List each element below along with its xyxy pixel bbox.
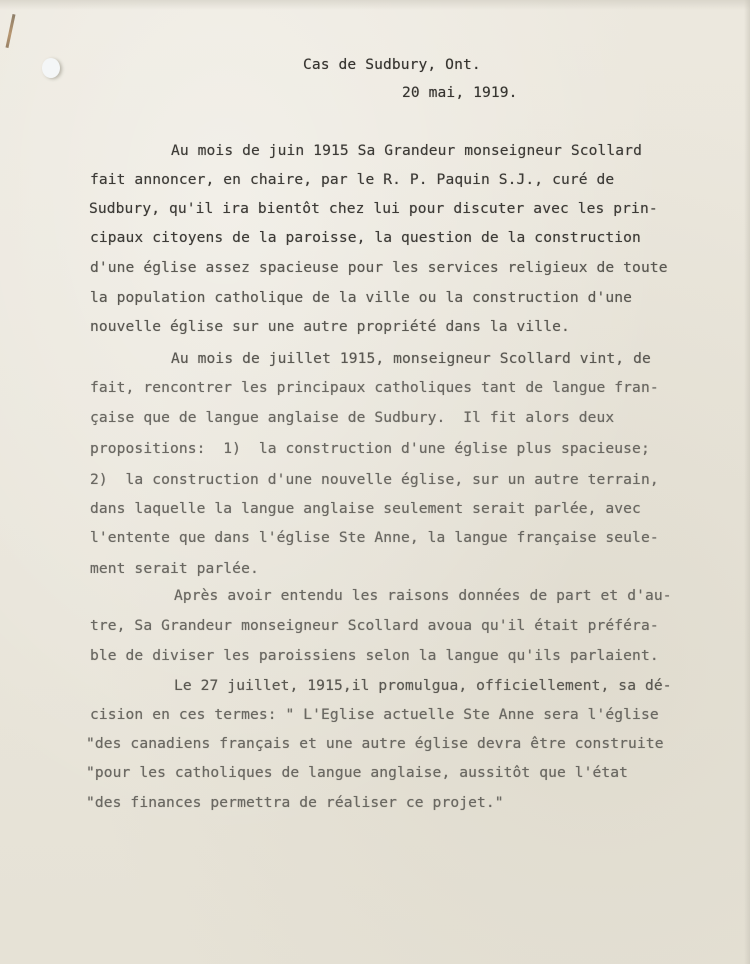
paragraph-2-line-6: dans laquelle la langue anglaise seuleme…: [90, 500, 641, 518]
document-page: Cas de Sudbury, Ont. 20 mai, 1919. Au mo…: [0, 0, 750, 964]
typed-text: Cas de Sudbury, Ont. 20 mai, 1919. Au mo…: [0, 0, 750, 964]
paragraph-2-line-7: l'entente que dans l'église Ste Anne, la…: [90, 529, 659, 547]
paragraph-4-line-3: "des canadiens français et une autre égl…: [86, 735, 664, 753]
paragraph-3-line-3: ble de diviser les paroissiens selon la …: [90, 647, 659, 665]
paragraph-4-line-4: "pour les catholiques de langue anglaise…: [86, 764, 628, 782]
paragraph-2-line-1: Au mois de juillet 1915, monseigneur Sco…: [171, 350, 651, 368]
paragraph-1-line-7: nouvelle église sur une autre propriété …: [90, 318, 570, 336]
paragraph-1-line-5: d'une église assez spacieuse pour les se…: [90, 259, 668, 277]
paragraph-2-line-3: çaise que de langue anglaise de Sudbury.…: [90, 409, 614, 427]
document-title: Cas de Sudbury, Ont.: [303, 56, 481, 74]
document-date: 20 mai, 1919.: [402, 84, 518, 102]
paragraph-1-line-3: Sudbury, qu'il ira bientôt chez lui pour…: [89, 200, 658, 218]
paragraph-3-line-1: Après avoir entendu les raisons données …: [174, 587, 672, 605]
paragraph-1-line-2: fait annoncer, en chaire, par le R. P. P…: [90, 171, 614, 189]
paragraph-2-line-5: 2) la construction d'une nouvelle église…: [90, 471, 659, 489]
paragraph-2-line-8: ment serait parlée.: [90, 560, 259, 578]
paragraph-1-line-4: cipaux citoyens de la paroisse, la quest…: [90, 229, 641, 247]
paragraph-2-line-4: propositions: 1) la construction d'une é…: [90, 440, 650, 458]
paragraph-3-line-2: tre, Sa Grandeur monseigneur Scollard av…: [90, 617, 659, 635]
paragraph-1-line-6: la population catholique de la ville ou …: [90, 289, 632, 307]
paragraph-4-line-2: cision en ces termes: " L'Eglise actuell…: [90, 706, 659, 724]
paragraph-4-line-1: Le 27 juillet, 1915,il promulgua, offici…: [174, 677, 672, 695]
paragraph-1-line-1: Au mois de juin 1915 Sa Grandeur monseig…: [171, 142, 642, 160]
paragraph-2-line-2: fait, rencontrer les principaux catholiq…: [90, 379, 659, 397]
paragraph-4-line-5: "des finances permettra de réaliser ce p…: [86, 794, 504, 812]
